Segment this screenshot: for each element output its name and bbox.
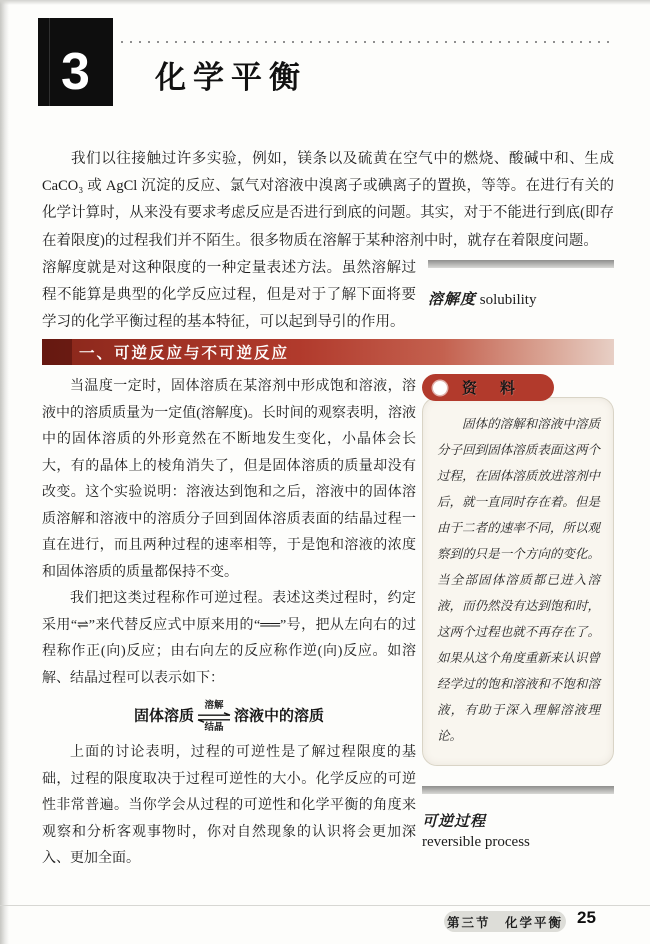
footer-section-pill: 第三节 化学平衡 [444, 911, 566, 932]
reversible-term-en: reversible process [422, 834, 530, 850]
section-heading: 一、可逆反应与不可逆反应 [42, 341, 289, 363]
equation-forward-label: 溶解 [204, 701, 223, 711]
section-banner: 一、可逆反应与不可逆反应 [42, 339, 614, 365]
equilibrium-equation: 固体溶质溶解结晶溶液中的溶质 [42, 701, 416, 733]
section-paragraph-1: 当温度一定时，固体溶质在某溶剂中形成饱和溶液，溶液中的溶质质量为一定值(溶解度)… [42, 374, 416, 586]
intro-left-column: 溶解度就是对这种限度的一种定量表述方法。虽然溶解过程不能算是典型的化学反应过程，… [42, 255, 416, 337]
intro-paragraph-part1: 我们以往接触过许多实验，例如，镁条以及硫黄在空气中的燃烧、酸碱中和、生成CaCO… [42, 146, 614, 255]
intro-wrap-row: 溶解度就是对这种限度的一种定量表述方法。虽然溶解过程不能算是典型的化学反应过程，… [42, 255, 614, 337]
equation-left-term: 固体溶质 [134, 709, 194, 725]
footer-section-label: 第三节 化学平衡 [447, 913, 563, 931]
reversible-term-cn: 可逆过程 [422, 814, 486, 830]
bullet-circle-icon [433, 381, 447, 395]
equation-right-term: 溶液中的溶质 [234, 709, 324, 725]
margin-note-gradient-bar [422, 786, 614, 794]
section-paragraph-2: 我们把这类过程称作可逆过程。表述这类过程时，约定采用“⇌”来代替反应式中原来用的… [42, 586, 416, 692]
chapter-number: 3 [61, 46, 90, 106]
reference-tab-label: 资 料 [462, 377, 519, 398]
reversible-margin-note: 可逆过程 reversible process [422, 786, 614, 851]
page-content: 我们以往接触过许多实验，例如，镁条以及硫黄在空气中的燃烧、酸碱中和、生成CaCO… [42, 146, 614, 873]
reference-card: 固体的溶解和溶液中溶质分子回到固体溶质表面这两个过程，在固体溶质放进溶剂中后，就… [422, 397, 614, 766]
footer-rule [0, 905, 650, 906]
reference-box-tab: 资 料 [422, 374, 554, 401]
reference-card-text: 固体的溶解和溶液中溶质分子回到固体溶质表面这两个过程，在固体溶质放进溶剂中后，就… [437, 411, 600, 749]
solubility-margin-note: 溶解度 solubility [428, 255, 614, 337]
scan-edge-left [0, 0, 9, 944]
intro-paragraph-part2: 溶解度就是对这种限度的一种定量表述方法。虽然溶解过程不能算是典型的化学反应过程，… [42, 255, 416, 337]
page-number: 25 [577, 908, 596, 928]
sidebar-column: 资 料 固体的溶解和溶液中溶质分子回到固体溶质表面这两个过程，在固体溶质放进溶剂… [422, 374, 614, 872]
chapter-title: 化学平衡 [155, 52, 307, 97]
equation-reverse-label: 结晶 [204, 723, 223, 733]
header-dotted-rule [121, 41, 612, 43]
scan-edge-top [0, 0, 650, 5]
equilibrium-arrows-icon [195, 712, 233, 723]
section-paragraph-3: 上面的讨论表明，过程的可逆性是了解过程限度的基础，过程的限度取决于过程可逆性的大… [42, 740, 416, 873]
equation-arrow-stack: 溶解结晶 [195, 701, 233, 733]
solubility-term-en: solubility [480, 292, 537, 308]
solubility-term-cn: 溶解度 [428, 292, 476, 308]
margin-note-gradient-bar [428, 260, 614, 268]
chapter-number-box: 3 [38, 18, 113, 106]
two-column-area: 当温度一定时，固体溶质在某溶剂中形成饱和溶液，溶液中的溶质质量为一定值(溶解度)… [42, 374, 614, 872]
main-text-column: 当温度一定时，固体溶质在某溶剂中形成饱和溶液，溶液中的溶质质量为一定值(溶解度)… [42, 374, 416, 872]
